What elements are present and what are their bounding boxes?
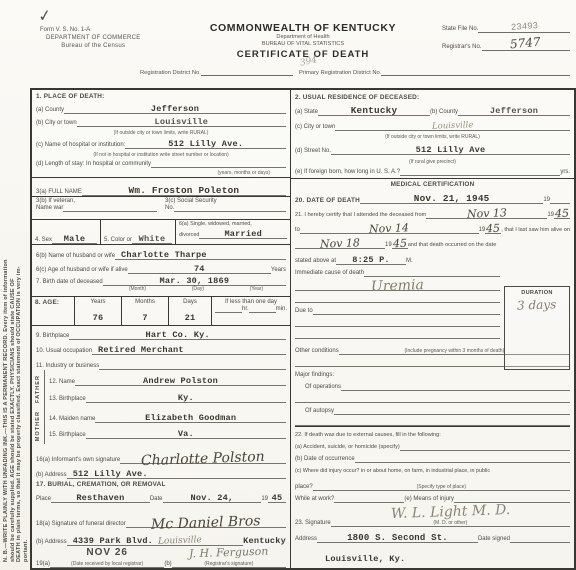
mother-bp-value: Va. xyxy=(178,429,194,439)
spouse-age-unit: Years xyxy=(271,267,286,274)
industry-label: 11. Industry or business xyxy=(36,363,99,370)
checkmark-annotation: ✓ xyxy=(37,5,53,26)
occupation-row: 10. Usual occupation Retired Merchant xyxy=(32,340,290,355)
file-numbers-block: State File No. 23493 Registrar's No. 574… xyxy=(442,22,570,54)
s2b-label: (b) County xyxy=(430,109,458,116)
certify-b-pre: 19 xyxy=(479,227,486,234)
father-birthplace-row: 13. Birthplace Ky. xyxy=(45,392,290,403)
funeral-director-row: 18(a) Signature of funeral director Mc D… xyxy=(32,512,290,528)
s2e-label: (e) If foreign born, how long in U. S. A… xyxy=(295,169,400,176)
industry-row: 11. Industry or business xyxy=(32,355,290,370)
injury-place-note: (Specify type of place) xyxy=(417,484,466,490)
mother-side-label: MOTHER xyxy=(35,411,41,441)
registrar-no-label: Registrar's No. xyxy=(442,44,482,51)
birthplace-label: 9. Birthplace xyxy=(36,333,69,340)
funeral-city-handwritten: Louisville xyxy=(157,536,201,546)
s2-heading: 2. USUAL RESIDENCE OF DECEASED: xyxy=(295,94,419,101)
certify-line-d: stated above at 8:25 P. M. xyxy=(295,254,570,265)
department-commerce: DEPARTMENT OF COMMERCE xyxy=(46,34,141,42)
registrar-row: 19(a) NOV 26 (Date received by local reg… xyxy=(32,546,290,568)
funeral-address-label: (b) Address xyxy=(36,539,67,546)
section-residence: 2. USUAL RESIDENCE OF DECEASED: (a) Stat… xyxy=(291,90,574,179)
registrar-sig-note: (Registrar's signature) xyxy=(204,561,253,567)
cause-of-death-row: Immediate cause of death xyxy=(295,270,500,277)
certify-c-pre: 19 xyxy=(385,242,392,249)
occurrence-date-label: (b) Date of occurrence xyxy=(295,456,355,463)
full-name-row: 3(a) FULL NAME Wm. Froston Poleton xyxy=(32,178,290,197)
sex-label: 4. Sex xyxy=(35,237,52,244)
certify-line-b: to Nov 14 19 45 , that I last saw him al… xyxy=(295,224,570,234)
bureau-vital-statistics: BUREAU OF VITAL STATISTICS xyxy=(188,41,418,48)
injury-place-label: place? xyxy=(295,484,313,491)
min-label: min. xyxy=(276,306,287,313)
section-place-of-death: 1. PLACE OF DEATH: (a) CountyJefferson (… xyxy=(32,90,290,178)
burial-place-label: Place xyxy=(36,496,51,503)
age-months-value: 7 xyxy=(142,313,147,323)
medical-certification-block: MEDICAL CERTIFICATION 20. DATE OF DEATH … xyxy=(291,179,574,568)
father-bp-value: Ky. xyxy=(178,393,194,403)
death-certificate-scan: N. B.—WRITE PLAINLY WITH UNFADING INK.—T… xyxy=(0,0,576,570)
s1b-note: (If outside city or town limits, write R… xyxy=(32,130,290,136)
certify-b2-label: , that I last saw him alive on xyxy=(501,227,570,234)
certify-b-year: 45 xyxy=(486,225,500,233)
birthplace-value: Hart Co. Ky. xyxy=(146,330,210,340)
physician-signature-label: 23. Signature xyxy=(295,520,331,527)
certify-a-hw: Nov 13 xyxy=(467,209,507,218)
bureau-census: Bureau of the Census xyxy=(46,42,141,50)
physician-address-row: Address 1800 S. Second St. Date signed xyxy=(295,532,570,543)
spouse-age-label: 6(c) Age of husband or wife if alive xyxy=(36,267,128,274)
funeral-address-value: 4339 Park Blvd. xyxy=(73,536,153,546)
s1d-label: (d) Length of stay: In hospital or commu… xyxy=(36,161,151,168)
accident-row: (a) Accident, suicide, or homicide (spec… xyxy=(295,444,570,451)
s2d-value: 512 Lilly Ave xyxy=(416,145,486,155)
mother-block: MOTHER 14. Maiden name Elizabeth Goodman… xyxy=(32,408,290,444)
certificate-form: 1. PLACE OF DEATH: (a) CountyJefferson (… xyxy=(30,88,576,570)
physician-signature: W. L. Light M. D. xyxy=(391,506,510,518)
burial-block: 17. BURIAL, CREMATION, OR REMOVAL Place … xyxy=(32,479,290,513)
ssn-no-label: No. xyxy=(165,205,174,212)
full-name-label: 3(a) FULL NAME xyxy=(36,189,82,196)
burial-date-value: Nov. 24, xyxy=(190,493,233,503)
s1-heading: 1. PLACE OF DEATH: xyxy=(36,93,104,100)
physician-address-value: 1800 S. Second St. xyxy=(347,533,448,543)
major-findings-label: Major findings: xyxy=(295,372,570,379)
external-causes-label: 22. If death was due to external causes,… xyxy=(295,432,570,439)
s1c-note: (If not in hospital or institution write… xyxy=(32,152,290,158)
certify-c-hw: Nov 18 xyxy=(320,239,360,248)
certify-d1-label: stated above at xyxy=(295,258,336,265)
s2c-label: (c) City or town xyxy=(295,124,335,131)
certify-c2-label: and that death occurred on the date xyxy=(408,242,497,249)
accident-label: (a) Accident, suicide, or homicide (spec… xyxy=(295,444,400,451)
physician-city-line: Louisville, Ky. xyxy=(295,548,570,566)
margin-line: portant. xyxy=(23,17,30,562)
month-note: (Month) xyxy=(129,286,146,292)
burial-year-pre: 19 xyxy=(261,496,268,503)
registration-district-line: Registration District No. Primary Regist… xyxy=(140,70,570,76)
mother-name-value: Elizabeth Goodman xyxy=(145,413,236,423)
certify-a-label: 21. I hereby certify that I attended the… xyxy=(295,212,426,219)
funeral-director-label: 18(a) Signature of funeral director xyxy=(36,521,126,528)
injury-where-label: (c) Where did injury occur? in or about … xyxy=(295,468,570,475)
spouse-value: Charlotte Tharpe xyxy=(121,250,207,260)
father-side-label: FATHER xyxy=(35,375,41,403)
registrar-no-value: 5747 xyxy=(510,35,542,52)
primary-district-label: Primary Registration District No. xyxy=(299,70,381,76)
mother-name-row: 14. Maiden name Elizabeth Goodman xyxy=(45,412,290,423)
burial-place-value: Resthaven xyxy=(76,493,124,503)
certify-line-a: 21. I hereby certify that I attended the… xyxy=(295,209,570,219)
birthdate-label: 7. Birth date of deceased xyxy=(36,279,103,286)
commonwealth-title: COMMONWEALTH OF KENTUCKY xyxy=(188,22,418,34)
due-to-label: Due to xyxy=(295,308,313,315)
burial-heading: 17. BURIAL, CREMATION, OR REMOVAL xyxy=(36,481,286,488)
duration-box: DURATION 3 days xyxy=(504,286,570,370)
s1d-note: (years, months or days) xyxy=(32,170,290,176)
age-years-value: 76 xyxy=(93,313,104,323)
father-bp-label: 13. Birthplace xyxy=(49,396,86,403)
spouse-name-row: 6(b) Name of husband or wife Charlotte T… xyxy=(32,245,290,260)
s1c-label: (c) Name of hospital or institution: xyxy=(36,142,125,149)
mother-name-label: 14. Maiden name xyxy=(49,416,95,423)
informant-label: 16(a) Informant's own signature xyxy=(36,457,120,464)
funeral-director-signature: Mc Daniel Bros xyxy=(151,517,261,529)
reg-district-label: Registration District No. xyxy=(140,70,201,76)
marital-label: 6(a) Single, widowed, married, xyxy=(179,221,287,228)
right-column: 2. USUAL RESIDENCE OF DECEASED: (a) Stat… xyxy=(291,90,574,568)
marital-label2: divorced xyxy=(179,232,199,239)
certify-a-pre: 19 xyxy=(547,212,554,219)
autopsy-row: Of autopsy xyxy=(295,408,570,415)
full-name-value: Wm. Froston Poleton xyxy=(129,185,240,196)
year-note: (Year) xyxy=(250,286,263,292)
margin-line: should be carefully supplied. AGE should… xyxy=(10,17,17,562)
occurrence-date-row: (b) Date of occurrence xyxy=(295,456,570,463)
birthplace-row: 9. Birthplace Hart Co. Ky. xyxy=(32,326,290,341)
veteran-ssn-row: 3(b) If veteran, Name war 3(c) Social Se… xyxy=(32,197,290,220)
certify-d2-label: M. xyxy=(406,258,413,265)
left-column: 1. PLACE OF DEATH: (a) CountyJefferson (… xyxy=(32,90,291,568)
received-note: (Date received by local registrar) xyxy=(71,561,143,567)
margin-line: DEATH in plain terms, so that it may be … xyxy=(16,17,23,562)
cause-label: Immediate cause of death xyxy=(295,270,364,277)
informant-signature-row: 16(a) Informant's own signature Charlott… xyxy=(32,444,290,464)
date-of-death-label: 20. DATE OF DEATH xyxy=(295,197,360,204)
while-at-work-row: While at work? (e) Means of injury xyxy=(295,496,570,503)
age-row: 8. AGE: Years 76 Months 7 Days 21 If les… xyxy=(32,297,290,326)
hr-label: hr. xyxy=(242,306,249,313)
means-of-injury-label: (e) Means of injury xyxy=(404,496,454,503)
medical-heading: MEDICAL CERTIFICATION xyxy=(295,181,570,188)
due-to-row: Due to xyxy=(295,308,500,315)
date-of-death-pre: 19 xyxy=(543,197,550,204)
age-days-value: 21 xyxy=(185,313,196,323)
birthdate-value: Mar. 30, 1869 xyxy=(160,276,230,286)
sex-race-marital-row: 4. Sex Male 5. Color or White 6(a) Singl… xyxy=(32,220,290,245)
burial-year-value: 45 xyxy=(272,493,283,503)
state-file-label: State File No. xyxy=(442,26,478,33)
received-label: 19(a) xyxy=(36,561,50,568)
s1b-value: Louisville xyxy=(155,117,209,127)
s2d-label: (d) Street No. xyxy=(295,148,331,155)
s2a-label: (a) State xyxy=(295,109,318,116)
while-at-work-label: While at work? xyxy=(295,496,334,503)
spouse-age-value: 74 xyxy=(194,264,205,274)
other-conditions-note: (Include pregnancy within 3 months of de… xyxy=(404,348,504,354)
s2a-value: Kentucky xyxy=(351,105,398,116)
father-name-row: 12. Name Andrew Polston xyxy=(45,375,290,386)
age-label: 8. AGE: xyxy=(35,299,59,306)
registrar-sig-label: (b) xyxy=(164,561,171,568)
burial-date-label: Date xyxy=(150,496,163,503)
father-name-label: 12. Name xyxy=(49,379,75,386)
date-of-death-row: 20. DATE OF DEATH Nov. 21, 1945 19 xyxy=(295,193,570,204)
injury-place-row: place? (Specify type of place) xyxy=(295,480,570,491)
veteran-war-label: Name war xyxy=(36,205,63,212)
received-date-stamp: NOV 26 xyxy=(86,547,128,558)
s2e-unit: yrs. xyxy=(560,169,570,176)
date-signed-label: Date signed xyxy=(478,536,510,543)
ssn-label: 3(c) Social Security xyxy=(165,198,286,205)
age-years-label: Years xyxy=(90,299,105,306)
day-note: (Day) xyxy=(192,286,204,292)
s1a-label: (a) County xyxy=(36,107,64,114)
margin-line: N. B.—WRITE PLAINLY WITH UNFADING INK.—T… xyxy=(3,17,10,562)
date-of-death-value: Nov. 21, 1945 xyxy=(414,193,490,204)
race-label: 5. Color or xyxy=(104,237,132,244)
father-name-value: Andrew Polston xyxy=(143,376,218,386)
spouse-age-row: 6(c) Age of husband or wife if alive 74 … xyxy=(32,260,290,274)
spouse-label: 6(b) Name of husband or wife xyxy=(36,253,115,260)
sex-value: Male xyxy=(64,234,85,244)
state-file-value: 23493 xyxy=(510,21,538,33)
s2c-note: (If outside city or town limits, write R… xyxy=(291,134,574,140)
s2c-value: Louisville xyxy=(432,121,474,130)
physician-signature-row: 23. Signature W. L. Light M. D. (M. D. o… xyxy=(295,508,570,527)
veteran-label: 3(b) If veteran, xyxy=(36,198,157,205)
age-months-label: Months xyxy=(135,299,155,306)
form-number: Form V. S. No. 1-A xyxy=(40,26,141,34)
margin-instructions: N. B.—WRITE PLAINLY WITH UNFADING INK.—T… xyxy=(3,17,29,562)
registrar-signature: J. H. Ferguson xyxy=(189,548,269,559)
autopsy-label: Of autopsy xyxy=(305,408,334,415)
s2d-note: (If rural give precinct) xyxy=(291,159,574,165)
father-block: FATHER 12. Name Andrew Polston 13. Birth… xyxy=(32,370,290,408)
title-block: COMMONWEALTH OF KENTUCKY Department of H… xyxy=(188,22,418,60)
time-of-death-value: 8:25 P. xyxy=(352,255,390,265)
agency-block: Form V. S. No. 1-A DEPARTMENT OF COMMERC… xyxy=(46,26,141,50)
age-days-label: Days xyxy=(183,299,197,306)
birthdate-row: 7. Birth date of deceased Mar. 30, 1869 … xyxy=(32,274,290,297)
other-conditions-label: Other conditions xyxy=(295,348,339,355)
physician-address-label: Address xyxy=(295,536,317,543)
s1a-value: Jefferson xyxy=(151,104,199,114)
s1b-label: (b) City or town xyxy=(36,120,77,127)
cause-handwritten: Uremia xyxy=(371,281,424,291)
informant-address-value: 512 Lilly Ave. xyxy=(73,469,148,479)
operations-row: Of operations xyxy=(295,384,570,391)
certify-b-hw: Nov 14 xyxy=(369,224,409,233)
occupation-value: Retired Merchant xyxy=(98,345,184,355)
marital-value: Married xyxy=(224,229,262,239)
less-than-day-label: If less than one day xyxy=(215,299,287,306)
certify-line-c: Nov 18 19 45 and that death occurred on … xyxy=(295,239,570,249)
informant-signature: Charlotte Polston xyxy=(141,453,265,465)
informant-address-label: (b) Address xyxy=(36,472,67,479)
mother-birthplace-row: 15. Birthplace Va. xyxy=(45,428,290,439)
md-or-other-note: (M. D. or other) xyxy=(433,520,467,526)
cause-hw-line: Uremia xyxy=(295,282,500,291)
occupation-label: 10. Usual occupation xyxy=(36,348,92,355)
certify-a-year: 45 xyxy=(555,210,569,218)
operations-label: Of operations xyxy=(305,384,341,391)
duration-value: 3 days xyxy=(517,297,557,312)
certify-c-year: 45 xyxy=(393,240,407,248)
s1c-value: 512 Lilly Ave. xyxy=(168,139,243,149)
physician-city-value: Louisville, Ky. xyxy=(325,554,405,564)
s2b-value: Jefferson xyxy=(490,106,538,116)
race-value: White xyxy=(139,234,166,244)
mother-bp-label: 15. Birthplace xyxy=(49,432,86,439)
